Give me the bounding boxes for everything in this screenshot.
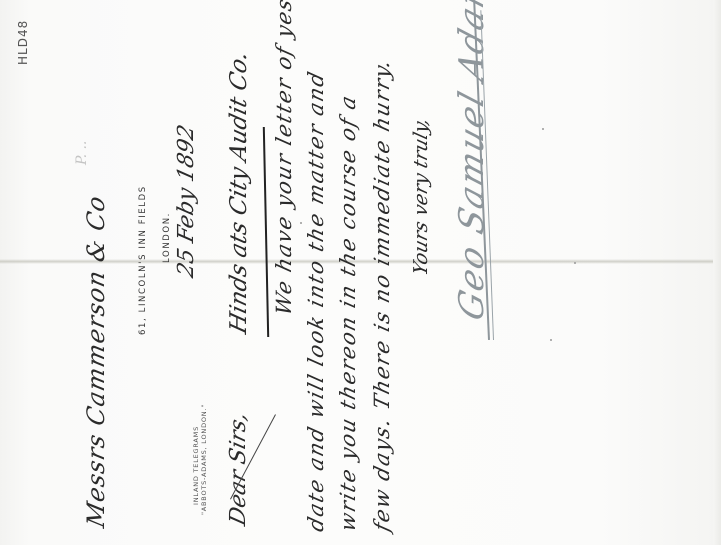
letter-date: 25 Feby 1892 — [174, 122, 199, 280]
letter-content: HLD48 Messrs Cammerson & Co 61, Lincoln'… — [0, 0, 721, 545]
pencil-annotation: P. .. — [74, 141, 90, 165]
letterhead-address-line1: 61, Lincoln's Inn Fields — [138, 185, 148, 335]
letterhead-address-line2: London. — [162, 212, 172, 263]
salutation: Dear Sirs, — [226, 410, 251, 528]
body-line: We have your letter of yesterday's — [272, 0, 296, 318]
subject-line: Hinds ats City Audit Co. — [226, 49, 252, 337]
archive-reference: HLD48 — [16, 20, 30, 65]
telegram-label: Inland Telegrams — [192, 426, 200, 505]
recipient: Messrs Cammerson & Co — [82, 193, 110, 530]
body-line: few days. There is no immediate hurry. — [370, 56, 394, 534]
body-line: date and will look into the matter and — [304, 68, 328, 534]
subject-underline — [263, 127, 269, 337]
telegram-address: "Abbots-Adams, London." — [200, 404, 208, 515]
body-line: write you thereon in the course of a — [336, 92, 360, 534]
closing: Yours very truly, — [410, 116, 432, 278]
letter-page: HLD48 Messrs Cammerson & Co 61, Lincoln'… — [0, 0, 721, 545]
